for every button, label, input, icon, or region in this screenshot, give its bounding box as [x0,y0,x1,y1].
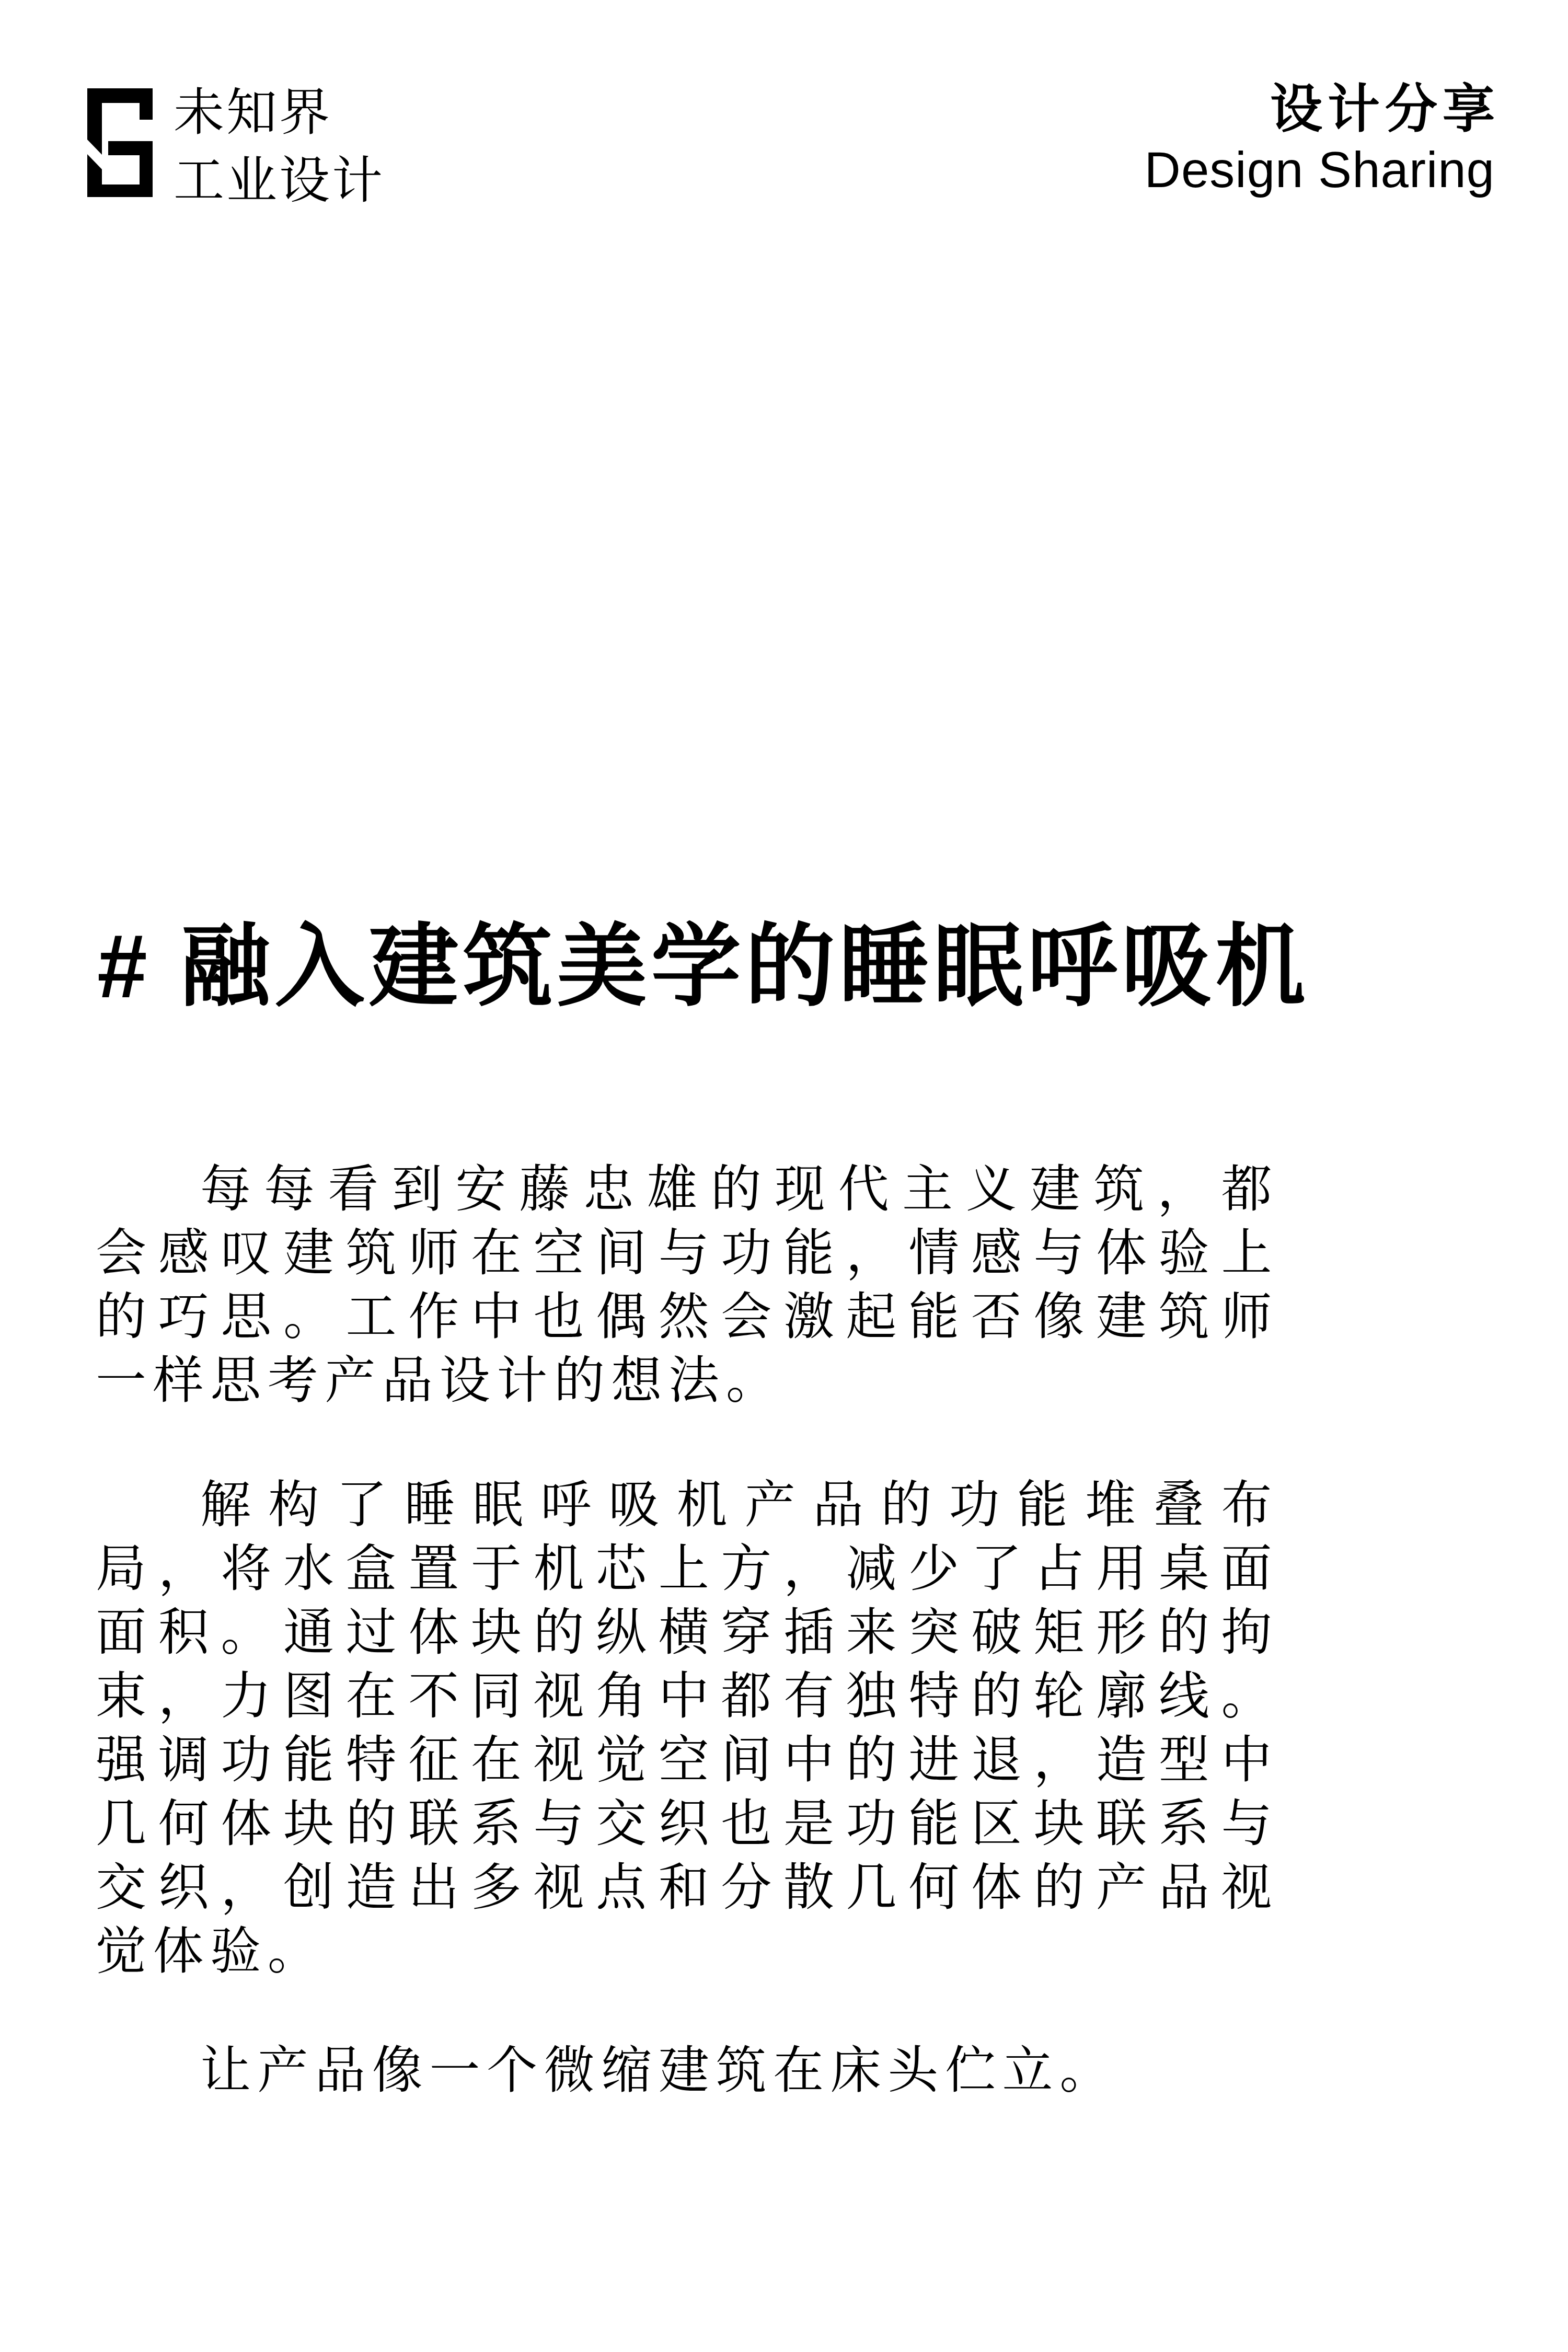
article-heading: # 融入建筑美学的睡眠呼吸机 [97,921,1309,1011]
paragraph-2: 解构了睡眠呼吸机产品的功能堆叠布 局，将水盒置于机芯上方，减少了占用桌面 面积。… [96,1473,1278,1983]
paragraph-3: 让产品像一个微缩建筑在床头伫立。 [96,2038,1278,2102]
header-right-block: 设计分享 Design Sharing [1145,77,1495,200]
paragraph-line: 会感叹建筑师在空间与功能，情感与体验上 [96,1221,1278,1285]
column-title-zh: 设计分享 [1145,77,1500,141]
paragraph-line: 强调功能特征在视觉空间中的进退，造型中 [96,1728,1278,1792]
paragraph-line: 每每看到安藤忠雄的现代主义建筑，都 [96,1157,1278,1221]
paragraph-line: 让产品像一个微缩建筑在床头伫立。 [96,2038,1278,2102]
logo-wordmark: 未知界 工业设计 [174,78,385,214]
paragraph-line: 局，将水盒置于机芯上方，减少了占用桌面 [96,1537,1278,1600]
paragraph-line: 几何体块的联系与交织也是功能区块联系与 [96,1792,1278,1855]
paragraph-line: 束，力图在不同视角中都有独特的轮廓线。 [96,1664,1278,1728]
paragraph-line: 解构了睡眠呼吸机产品的功能堆叠布 [96,1473,1278,1537]
s-logomark-icon [87,88,153,197]
paragraph-line: 一样思考产品设计的想法。 [96,1348,1278,1412]
column-title-en: Design Sharing [1145,141,1495,200]
logo-line2: 工业设计 [174,146,385,214]
logo-line1: 未知界 [174,78,385,146]
paragraph-line: 的巧思。工作中也偶然会激起能否像建筑师 [96,1285,1278,1348]
paragraph-line: 面积。通过体块的纵横穿插来突破矩形的拘 [96,1600,1278,1664]
paragraph-line: 交织，创造出多视点和分散几何体的产品视 [96,1855,1278,1919]
design-sharing-page: { "header": { "logo": { "mark_icon": "s-… [0,0,1568,2352]
paragraph-1: 每每看到安藤忠雄的现代主义建筑，都 会感叹建筑师在空间与功能，情感与体验上 的巧… [96,1157,1278,1412]
paragraph-line: 觉体验。 [96,1919,1278,1983]
